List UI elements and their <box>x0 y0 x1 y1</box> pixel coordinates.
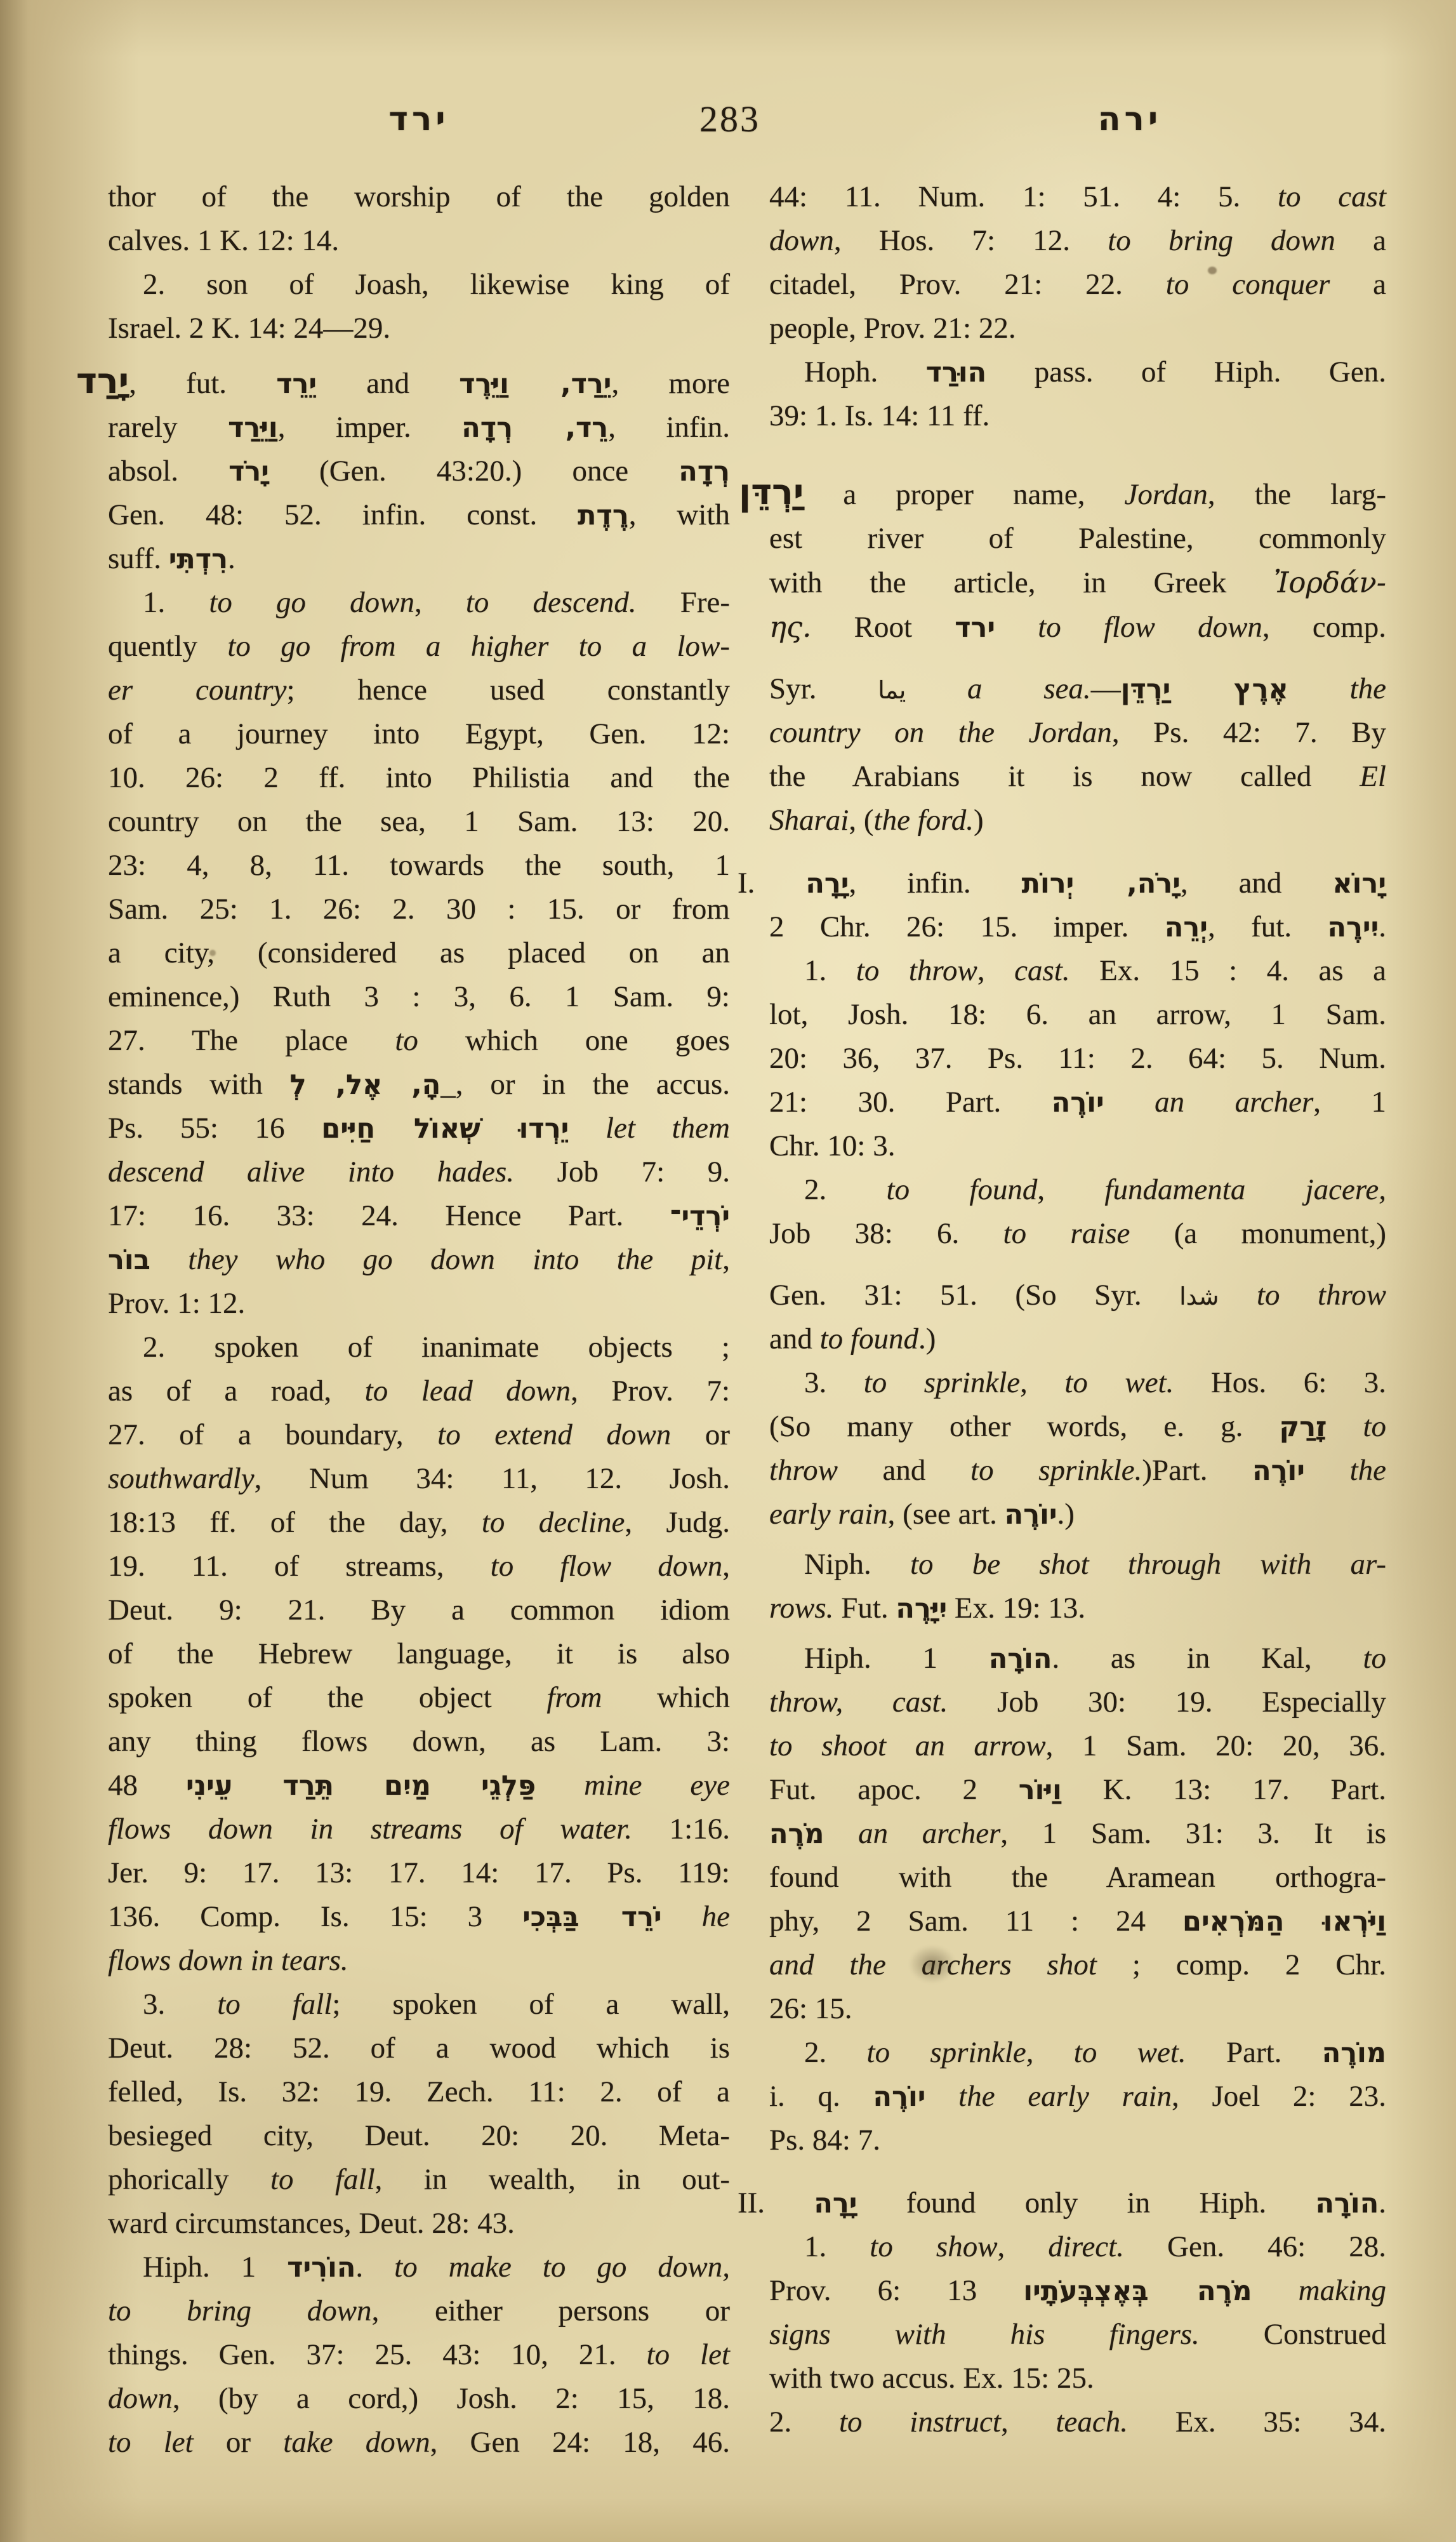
text-line: ης. Root ירד to flow down, comp. <box>769 605 1386 649</box>
hebrew-word: יָרָה <box>814 2188 857 2219</box>
roman-text <box>150 1243 188 1276</box>
roman-text: ; spoken of a wall, <box>332 1988 730 2021</box>
hebrew-word: יוֹרֶה <box>1005 1499 1057 1531</box>
paper-speck <box>209 950 216 956</box>
italic-text: to flow down <box>491 1550 723 1583</box>
roman-text: calves. 1 K. 12: 14. <box>108 224 339 257</box>
text-line: Chr. 10: 3. <box>769 1124 1386 1168</box>
roman-text: citadel, Prov. 21: 22. <box>769 268 1166 301</box>
italic-text: flows down in tears. <box>108 1944 348 1977</box>
roman-text: Hos. 6: 3. <box>1174 1366 1386 1399</box>
roman-text: eminence,) Ruth 3 : 3, 6. 1 Sam. 9: <box>108 980 730 1013</box>
text-line: the Arabians it is now called El <box>769 755 1386 799</box>
italic-text: flows down in streams of water. <box>108 1813 632 1846</box>
roman-text: , imper. <box>278 411 462 444</box>
roman-text: people, Prov. 21: 22. <box>769 312 1016 345</box>
text-line: Prov. 1: 12. <box>108 1282 730 1326</box>
italic-text: er country <box>108 674 287 707</box>
italic-text: direct. <box>1048 2230 1124 2263</box>
hebrew-headword: יַרְדֵּן <box>739 472 804 513</box>
roman-text: , Ps. 42: 7. By <box>1112 716 1386 749</box>
roman-text: of a journey into Egypt, Gen. 12: <box>108 717 730 750</box>
running-head-hebrew-right: ירה <box>1066 88 1193 151</box>
roman-text: and <box>317 367 459 400</box>
roman-text: . <box>1379 910 1386 943</box>
roman-text <box>569 1112 606 1145</box>
text-line: flows down in tears. <box>108 1939 730 1983</box>
hebrew-word: יִיָּרֶה <box>896 1593 947 1625</box>
roman-text: , infin. <box>849 867 1021 900</box>
roman-text: 21: 30. Part. <box>769 1086 1052 1119</box>
italic-text: to make to go down, <box>394 2251 730 2284</box>
text-line: Gen. 31: 51. (So Syr. شدا to throw <box>769 1274 1386 1317</box>
text-line: 2 Chr. 26: 15. imper. יְרֵה, fut. יִירֶה… <box>769 905 1386 949</box>
text-line: early rain, (see art. יוֹרֶה.) <box>769 1493 1386 1536</box>
roman-text: Niph. <box>804 1548 910 1581</box>
hebrew-word: יֵרֵד <box>276 368 317 400</box>
italic-text: to bring down <box>1108 224 1335 257</box>
italic-text: the ford. <box>874 804 974 837</box>
hebrew-word: פַּלְגֵי מַיִם תֵּרַד עֵינִי <box>186 1770 536 1802</box>
hebrew-word: מֹרֶה בְּאֶצְבְּעֹתָיו <box>1023 2275 1252 2307</box>
roman-text: Syr. <box>769 672 878 705</box>
italic-text: to fall <box>270 2163 375 2196</box>
roman-text: Deut. 9: 21. By a common idiom <box>108 1594 730 1627</box>
italic-text: country on the Jordan <box>769 716 1112 749</box>
text-line: to let or take down, Gen 24: 18, 46. <box>108 2421 730 2465</box>
text-line: ward circumstances, Deut. 28: 43. <box>108 2202 730 2246</box>
hebrew-word: הָ, אֶל, לְ <box>290 1069 441 1101</box>
roman-text: spoken of the object <box>108 1681 546 1714</box>
roman-text: Fut. apoc. <box>769 1773 963 1806</box>
roman-text <box>662 1900 702 1933</box>
text-line: and to found.) <box>769 1317 1386 1361</box>
text-line: southwardly, Num 34: 11, 12. Josh. <box>108 1457 730 1501</box>
text-line: Deut. 28: 52. of a wood which is <box>108 2026 730 2070</box>
italic-text: to conquer <box>1166 268 1330 301</box>
roman-text: of the Hebrew language, it is also <box>108 1637 730 1670</box>
italic-text: to bring down <box>108 2294 372 2327</box>
page-number: 283 <box>660 88 800 151</box>
text-line: Niph. to be shot through with ar- <box>769 1543 1386 1587</box>
text-line: lot, Josh. 18: 6. an arrow, 1 Sam. <box>769 993 1386 1037</box>
roman-text: 2. <box>769 2406 839 2439</box>
italic-text: to fall <box>217 1988 332 2021</box>
text-line: Hiph. הוֹרָה 1. as in Kal, to <box>769 1637 1386 1680</box>
italic-text: to <box>1363 1642 1386 1675</box>
roman-text: 2. <box>804 2036 867 2069</box>
italic-text: from <box>546 1681 602 1714</box>
roman-text: 3. <box>143 1988 217 2021</box>
roman-text <box>536 1769 584 1802</box>
italic-text: to throw <box>856 954 977 987</box>
italic-text: he <box>702 1900 730 1933</box>
roman-text <box>824 1817 859 1850</box>
italic-text: early rain <box>769 1498 888 1531</box>
hebrew-word: וַיֵּרַד <box>228 412 278 444</box>
italic-text: to go down <box>209 586 414 619</box>
paper-speck <box>1208 267 1217 274</box>
italic-text: to <box>395 1024 418 1057</box>
text-line: as of a road, to lead down, Prov. 7: <box>108 1369 730 1413</box>
roman-text: 39: 1. Is. 14: 11 ff. <box>769 399 989 432</box>
roman-text: or <box>194 2426 284 2459</box>
italic-text: to found <box>820 1322 918 1355</box>
roman-text: est river of Palestine, commonly <box>769 522 1386 555</box>
text-line: Ps. 55: 16 יֵרְדוּ שְׁאוֹל חַיִּים let t… <box>108 1107 730 1150</box>
text-line: Gen. 48: 52. infin. const. רֶדֶת, with <box>108 493 730 537</box>
text-line: of the Hebrew language, it is also <box>108 1632 730 1676</box>
hebrew-word: בוֹר <box>108 1244 150 1276</box>
roman-text: things. Gen. 37: 25. 43: 10, 21. <box>108 2338 647 2371</box>
greek-word: ης. <box>769 610 811 644</box>
hebrew-word: ירד <box>955 612 995 644</box>
hebrew-word: רְדָה <box>678 456 730 488</box>
roman-text: country on the sea, 1 Sam. 13: 20. <box>108 805 730 838</box>
roman-text <box>906 672 967 705</box>
text-line: besieged city, Deut. 20: 20. Meta- <box>108 2114 730 2158</box>
roman-text: besieged city, Deut. 20: 20. Meta- <box>108 2119 730 2152</box>
roman-text: a <box>1330 268 1386 301</box>
syriac-word: يما <box>878 676 906 704</box>
italic-text: down <box>769 224 834 257</box>
text-line: 18:13 ff. of the day, to decline, Judg. <box>108 1501 730 1545</box>
roman-text: 1. <box>804 2230 870 2263</box>
roman-text: 27. of a boundary, <box>108 1418 437 1451</box>
roman-text: found with the Aramean orthogra- <box>769 1861 1386 1894</box>
text-line: down, (by a cord,) Josh. 2: 15, 18. <box>108 2377 730 2421</box>
italic-text: they who go down into the pit <box>188 1243 722 1276</box>
roman-text: Hiph. <box>804 1642 922 1675</box>
text-line: 2. son of Joash, likewise king of <box>108 263 730 307</box>
hebrew-word: רֵד, רְדָה <box>461 412 608 444</box>
text-line: 3. to sprinkle, to wet. Hos. 6: 3. <box>769 1361 1386 1405</box>
text-line: signs with his fingers. Construed <box>769 2313 1386 2357</box>
text-line: est river of Palestine, commonly <box>769 517 1386 561</box>
text-line: 26: 15. <box>769 1987 1386 2031</box>
text-line: Sharai, (the ford.) <box>769 799 1386 842</box>
roman-text: II. <box>738 2186 814 2219</box>
text-line: to shoot an arrow, 1 Sam. 20: 20, 36. <box>769 1724 1386 1768</box>
hebrew-headword: יָרַד <box>76 361 129 402</box>
greek-word: Ἰορδάν- <box>1274 566 1386 599</box>
italic-text: to let <box>108 2426 194 2459</box>
italic-text: to descend. <box>466 586 637 619</box>
roman-text: (Gen. 43:20.) once <box>269 455 678 488</box>
text-line: er country; hence used constantly <box>108 669 730 712</box>
hebrew-word: יֵרְדוּ שְׁאוֹל חַיִּים <box>321 1113 569 1145</box>
text-line: 17: 16. 33: 24. Hence Part. יֹרְדֵי־ <box>108 1194 730 1238</box>
text-line: flows down in streams of water. 1:16. <box>108 1807 730 1851</box>
roman-text: , infin. <box>608 411 730 444</box>
lexicon-page-scan: ירד 283 ירה thor of the worship of the g… <box>0 0 1456 2542</box>
text-column-left: thor of the worship of the goldencalves.… <box>108 175 730 2465</box>
roman-text: , in wealth, in out- <box>375 2163 730 2196</box>
roman-text: Part. <box>1186 2036 1322 2069</box>
roman-text: Deut. 28: 52. of a wood which is <box>108 2032 730 2065</box>
hebrew-word: יוֹרֶה <box>873 2081 926 2113</box>
hebrew-word: מוֹרֶה <box>1322 2037 1386 2069</box>
text-line: 2. to instruct, teach. Ex. 35: 34. <box>769 2400 1386 2444</box>
text-line: of a journey into Egypt, Gen. 12: <box>108 712 730 756</box>
roman-text: Root <box>811 611 955 644</box>
hebrew-word: מֹרֶה <box>769 1818 824 1850</box>
text-line: 19. 11. of streams, to flow down, <box>108 1545 730 1588</box>
text-line: 2. to sprinkle, to wet. Part. מוֹרֶה <box>769 2031 1386 2075</box>
text-line: 1. to show, direct. Gen. 46: 28. <box>769 2225 1386 2269</box>
italic-text: an archer <box>858 1817 1000 1850</box>
roman-text: , more <box>611 367 730 400</box>
hebrew-word: יוֹרֶה <box>1252 1455 1305 1487</box>
italic-text: to decline <box>482 1506 625 1539</box>
text-line: יָרַד, fut. יֵרֵד and יֵרַד, וַיֵּרֶד, m… <box>76 362 730 406</box>
text-line: rarely וַיֵּרַד, imper. רֵד, רְדָה, infi… <box>108 406 730 449</box>
text-line: felled, Is. 32: 19. Zech. 11: 2. of a <box>108 2070 730 2114</box>
roman-text: Job 7: 9. <box>514 1155 730 1188</box>
roman-text: Ex. 19: 13. <box>947 1592 1085 1625</box>
text-line: thor of the worship of the golden <box>108 175 730 219</box>
roman-text: Ps. 84: 7. <box>769 2124 880 2157</box>
roman-text: found only in Hiph. <box>857 2186 1315 2219</box>
ink-smudge <box>909 1945 956 1983</box>
roman-text: Job 38: 6. <box>769 1217 1003 1250</box>
italic-text: making <box>1299 2274 1386 2307</box>
hebrew-word: יָרֹד <box>228 456 269 488</box>
text-line: phorically to fall, in wealth, in out- <box>108 2158 730 2202</box>
text-line: 23: 4, 8, 11. towards the south, 1 <box>108 844 730 888</box>
italic-text: to <box>1363 1410 1386 1443</box>
hebrew-word: יֹרֵד בַּבְּכִי <box>522 1901 662 1933</box>
roman-text: Jer. 9: 17. 13: 17. 14: 17. Ps. 119: <box>108 1856 730 1889</box>
roman-text: , 1 Sam. 20: 20, 36. <box>1046 1729 1386 1762</box>
roman-text: _, or in the accus. <box>440 1068 730 1101</box>
roman-text: . <box>1379 2186 1386 2219</box>
roman-text: thor of the worship of the golden <box>108 180 730 213</box>
italic-text: the early rain <box>958 2080 1172 2113</box>
text-line: יַרְדֵּן a proper name, Jordan, the larg… <box>739 473 1386 517</box>
italic-text: throw, cast. <box>769 1686 948 1719</box>
roman-text: as of a road, <box>108 1374 365 1407</box>
roman-text: , (see art. <box>888 1498 1005 1531</box>
text-line: 3. to fall; spoken of a wall, <box>108 1983 730 2026</box>
hebrew-word: אֶרֶץ יַרְדֵּן <box>1121 674 1288 705</box>
text-line: בוֹר they who go down into the pit, <box>108 1238 730 1282</box>
italic-text: to throw <box>1257 1279 1386 1312</box>
text-line: Israel. 2 K. 14: 24—29. <box>108 307 730 350</box>
roman-text: with two accus. Ex. 15: 25. <box>769 2362 1094 2395</box>
text-line: Prov. 6: 13 מֹרֶה בְּאֶצְבְּעֹתָיו makin… <box>769 2269 1386 2313</box>
italic-text: to wet. <box>1064 1366 1174 1399</box>
roman-text: , Gen 24: 18, 46. <box>430 2426 730 2459</box>
roman-text: , comp. <box>1262 611 1386 644</box>
text-line: with the article, in Greek Ἰορδάν- <box>769 561 1386 605</box>
text-line: phy, 2 Sam. 11 : 24 וַיֹּרְאוּ הַמֹּרְאִ… <box>769 1900 1386 1943</box>
roman-text: 44: 11. Num. 1: 51. 4: 5. <box>769 180 1278 213</box>
text-line: 20: 36, 37. Ps. 11: 2. 64: 5. Num. <box>769 1037 1386 1081</box>
text-line: country on the Jordan, Ps. 42: 7. By <box>769 711 1386 755</box>
roman-text: Fut. <box>833 1592 896 1625</box>
roman-text: suff. <box>108 542 169 575</box>
roman-text <box>1104 1086 1155 1119</box>
roman-text: phorically <box>108 2163 270 2196</box>
italic-text: mine eye <box>584 1769 730 1802</box>
text-line: i. q. יוֹרֶה the early rain, Joel 2: 23. <box>769 2075 1386 2119</box>
italic-text: to sprinkle <box>864 1366 1020 1399</box>
hebrew-word: יִירֶה <box>1327 912 1379 943</box>
roman-text <box>925 2080 958 2113</box>
roman-text <box>1219 1279 1257 1312</box>
roman-text: 2. <box>804 1173 887 1206</box>
text-line: found with the Aramean orthogra- <box>769 1856 1386 1900</box>
text-line: with two accus. Ex. 15: 25. <box>769 2357 1386 2400</box>
text-line: to bring down, either persons or <box>108 2289 730 2333</box>
italic-text: the <box>1350 1454 1386 1487</box>
roman-text: (a monument,) <box>1130 1217 1386 1250</box>
hebrew-word: רִדְתִּי <box>169 543 228 575</box>
roman-text: 1. <box>804 954 856 987</box>
italic-text: throw <box>769 1454 838 1487</box>
roman-text: Gen. 31: 51. (So Syr. <box>769 1279 1179 1312</box>
text-line: a city, (considered as placed on an <box>108 931 730 975</box>
italic-text: to be shot through with ar- <box>910 1548 1386 1581</box>
italic-text: cast. <box>1014 954 1069 987</box>
text-line: 2. spoken of inanimate objects ; <box>108 1326 730 1369</box>
hebrew-word: הוֹרָה <box>989 1643 1052 1675</box>
roman-text: which <box>602 1681 730 1714</box>
roman-text: , ( <box>849 804 873 837</box>
roman-text: , either persons or <box>372 2294 730 2327</box>
roman-text: absol. <box>108 455 228 488</box>
roman-text: stands with <box>108 1068 290 1101</box>
hebrew-word: וַיּוֹר <box>1019 1774 1062 1806</box>
roman-text <box>1305 1454 1350 1487</box>
roman-text: which one goes <box>418 1024 730 1057</box>
roman-text: , <box>722 1550 730 1583</box>
roman-text: (So many other words, e. g. <box>769 1410 1280 1443</box>
page-header: ירד 283 ירה <box>0 88 1456 157</box>
roman-text: phy, 2 Sam. 11 : 24 <box>769 1905 1182 1938</box>
hebrew-word: יוֹרֶה <box>1052 1087 1104 1119</box>
italic-text: to flow down <box>1038 611 1262 644</box>
roman-text: Fre- <box>637 586 730 619</box>
italic-text: to lead down <box>365 1374 571 1407</box>
italic-text: to extend down <box>437 1418 671 1451</box>
roman-text: 2. son of Joash, likewise king of <box>143 268 730 301</box>
roman-text: 23: 4, 8, 11. towards the south, 1 <box>108 849 730 882</box>
running-head-hebrew-left: ירד <box>355 88 482 151</box>
text-line: citadel, Prov. 21: 22. to conquer a <box>769 263 1386 307</box>
roman-text: pass. of Hiph. Gen. <box>986 356 1386 389</box>
text-line: 2. to found, fundamenta jacere, <box>769 1168 1386 1212</box>
roman-text: Construed <box>1200 2318 1386 2351</box>
roman-text: ward circumstances, Deut. 28: 43. <box>108 2207 515 2240</box>
text-line: II. יָרָה found only in Hiph. הוֹרָה. <box>738 2181 1386 2225</box>
text-line: calves. 1 K. 12: 14. <box>108 219 730 263</box>
text-line: 136. Comp. Is. 15: 3 יֹרֵד בַּבְּכִי he <box>108 1895 730 1939</box>
roman-text: , 1 Sam. 31: 3. It is <box>1000 1817 1386 1850</box>
hebrew-word: יְרֵה <box>1165 912 1208 943</box>
text-line: 1. to go down, to descend. Fre- <box>108 581 730 625</box>
roman-text: 2 Chr. 26: 15. imper. <box>769 910 1165 943</box>
roman-text: , <box>1020 1366 1064 1399</box>
roman-text: Ex. 15 : 4. as a <box>1070 954 1386 987</box>
italic-text: the <box>1350 672 1386 705</box>
roman-text: , <box>998 2230 1049 2263</box>
hebrew-word: רֶדֶת <box>578 500 629 531</box>
hebrew-word: הוֹרָה <box>1316 2188 1379 2219</box>
roman-text: Sam. 25: 1. 26: 2. 30 : 15. or from <box>108 893 730 926</box>
roman-text: 1:16. <box>632 1813 730 1846</box>
roman-text: any thing flows down, as Lam. 3: <box>108 1725 730 1758</box>
syriac-word: شدا <box>1179 1282 1219 1310</box>
hebrew-word: הוּרַד <box>926 357 986 389</box>
roman-text: , Prov. 7: <box>571 1374 730 1407</box>
roman-text: , with <box>629 498 730 531</box>
roman-text: 1. <box>143 586 209 619</box>
text-line: I. יָרָה, infin. יָרֹה, יְרוֹת, and יָרו… <box>738 862 1386 905</box>
roman-text: Prov. 1: 12. <box>108 1287 245 1320</box>
roman-text: 26: 15. <box>769 1992 852 2025</box>
italic-text: to go from a higher to a low- <box>227 630 730 663</box>
italic-text: to instruct <box>839 2406 1001 2439</box>
italic-text: to sprinkle, to wet. <box>867 2036 1186 2069</box>
text-line: any thing flows down, as Lam. 3: <box>108 1720 730 1764</box>
roman-text: rarely <box>108 411 228 444</box>
roman-text: i. q. <box>769 2080 873 2113</box>
italic-text: a sea. <box>967 672 1091 705</box>
roman-text: Ps. 55: 16 <box>108 1112 321 1145</box>
italic-text: to let <box>647 2338 730 2371</box>
roman-text <box>995 611 1038 644</box>
roman-text <box>1252 2274 1299 2307</box>
italic-text: southwardly <box>108 1462 255 1495</box>
hebrew-word: וַיֹּרְאוּ הַמֹּרְאִים <box>1182 1906 1386 1938</box>
roman-text: 48 <box>108 1769 186 1802</box>
text-line: country on the sea, 1 Sam. 13: 20. <box>108 800 730 844</box>
italic-text: signs with his fingers. <box>769 2318 1200 2351</box>
roman-text: , 1 <box>1313 1086 1386 1119</box>
italic-text: Jordan <box>1125 478 1208 511</box>
roman-text: Job 30: 19. Especially <box>948 1686 1386 1719</box>
italic-text: to sprinkle. <box>970 1454 1142 1487</box>
roman-text <box>1288 672 1350 705</box>
roman-text: ) <box>974 804 984 837</box>
roman-text: , the larg- <box>1208 478 1386 511</box>
text-line: Jer. 9: 17. 13: 17. 14: 17. Ps. 119: <box>108 1851 730 1895</box>
hebrew-word: יֹרְדֵי־ <box>670 1201 730 1232</box>
roman-text: 19. 11. of streams, <box>108 1550 491 1583</box>
italic-text: let them <box>606 1112 730 1145</box>
roman-text: and <box>769 1322 820 1355</box>
roman-text: and <box>838 1454 970 1487</box>
roman-text: , fut. <box>1208 910 1328 943</box>
text-line: throw and to sprinkle.)Part. יוֹרֶה the <box>769 1449 1386 1493</box>
italic-text: to raise <box>1003 1217 1130 1250</box>
roman-text: , <box>1001 2406 1056 2439</box>
roman-text: I. <box>738 867 805 900</box>
hebrew-word: זָרַק <box>1280 1411 1327 1443</box>
roman-text: ; comp. 2 Chr. <box>1097 1948 1386 1981</box>
roman-text: , Hos. 7: 12. <box>834 224 1108 257</box>
text-line: Sam. 25: 1. 26: 2. 30 : 15. or from <box>108 888 730 931</box>
roman-text: or <box>671 1418 730 1451</box>
roman-text: 27. The place <box>108 1024 395 1057</box>
text-line: Syr. يما a sea.—אֶרֶץ יַרְדֵּן the <box>769 667 1386 711</box>
roman-text: a city, (considered as placed on an <box>108 936 730 969</box>
text-line: Hiph. הוֹרִיד 1. to make to go down, <box>108 2246 730 2289</box>
italic-text: to show <box>870 2230 997 2263</box>
hebrew-word: הוֹרִיד <box>287 2252 355 2284</box>
